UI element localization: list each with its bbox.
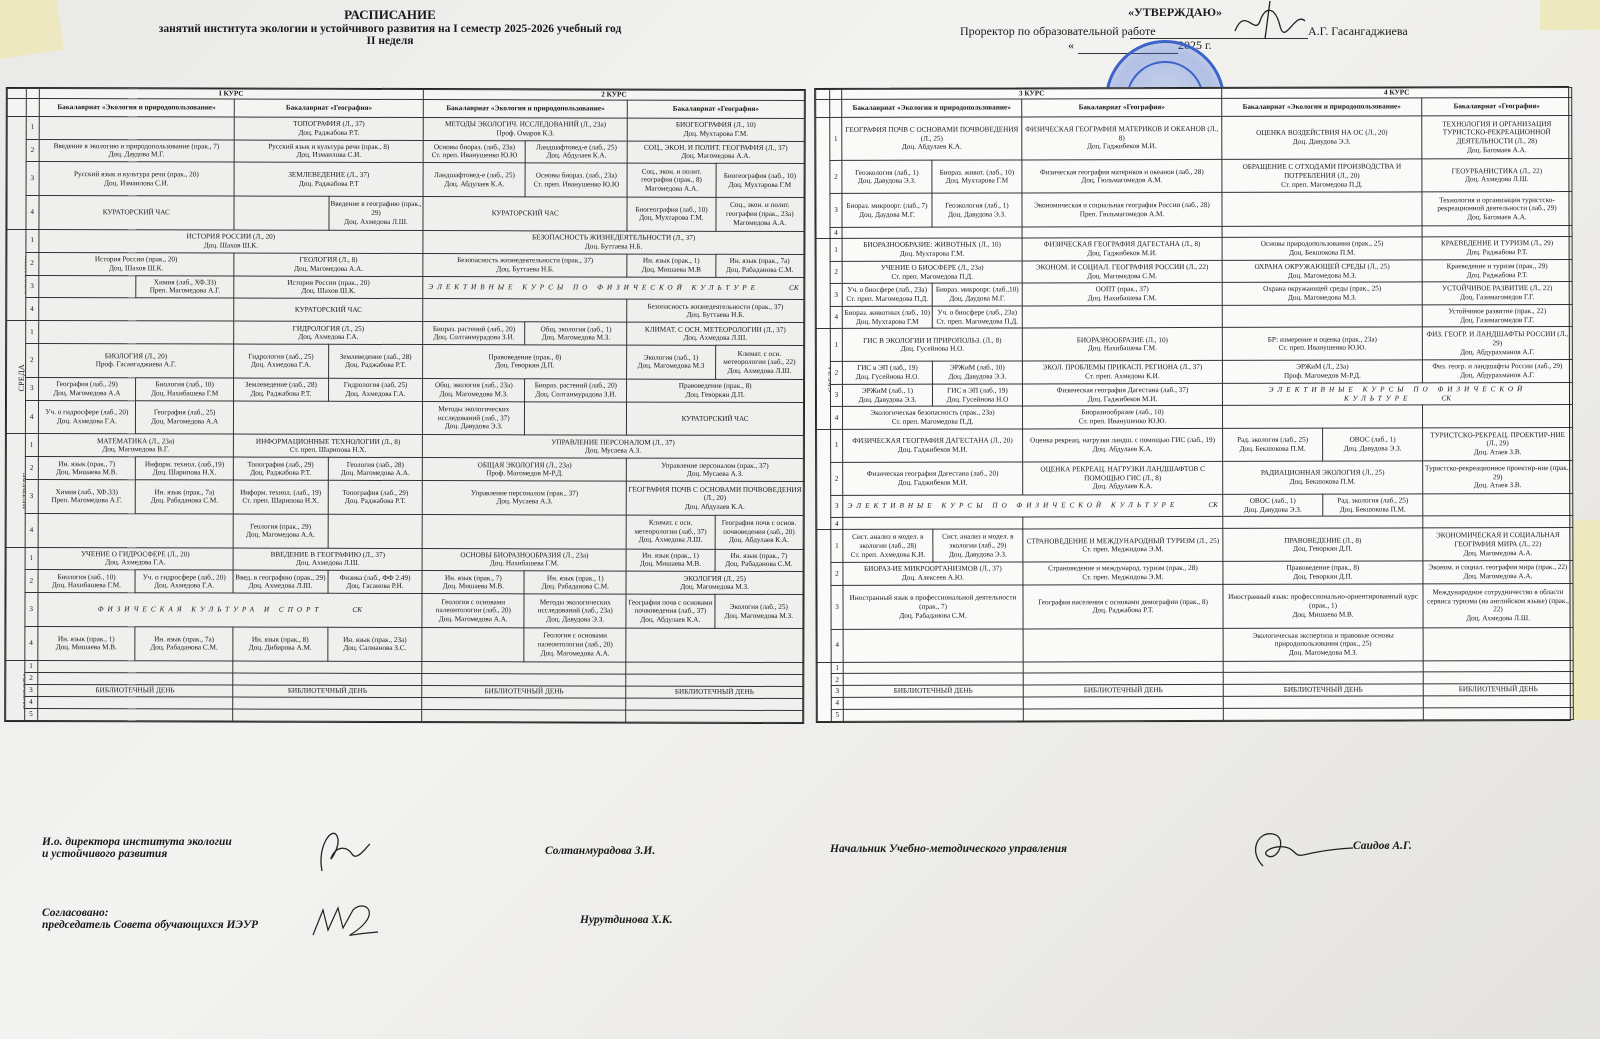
class-cell: ГИС В ЭКОЛОГИИ И ПРИРОПОЛЬЗ. (Л., 8)Доц.…	[842, 328, 1022, 362]
class-cell: Правоведение (прак., 8)Доц. Геворкян Д.П…	[1223, 561, 1423, 584]
class-cell: ФИЗИЧЕСКАЯ ГЕОГРАФИЯ ДАГЕСТАНА (Л., 20)Д…	[843, 429, 1023, 463]
class-cell: Ин. язык (прак., 7а)Доц. Рабаданова С.М.	[715, 254, 803, 277]
class-cell: ОЦЕНКА РЕКРЕАЦ. НАГРУЗКИ ЛАНДШАФТОВ С ПО…	[1023, 461, 1223, 495]
class-cell: Топография (лаб., 29)Доц. Раджабова Р.Т.	[233, 457, 328, 480]
class-cell: Рад. экология (лаб., 25)Доц. Бекшокова П…	[1323, 494, 1423, 517]
class-cell: ТОПОГРАФИЯ (Л., 37)Доц. Раджабова Р.Т.	[234, 117, 423, 140]
program-header: Бакалавриат «Экология и природопользован…	[1222, 98, 1422, 117]
class-cell: Биораз. растений (лаб., 20)Доц. Солтанму…	[423, 322, 525, 345]
approve-label: «УТВЕРЖДАЮ»	[1128, 5, 1222, 20]
class-cell: Топография (лаб., 29)Доц. Раджабова Р.Т.	[328, 480, 423, 514]
program-header: Бакалавриат «Экология и природопользован…	[424, 99, 628, 118]
schedule-table-right: 3 КУРС 4 КУРС Бакалавриат «Экология и пр…	[815, 87, 1574, 722]
day-saturday: СУББОТА	[817, 662, 831, 721]
curator-hour: КУРАТОРСКИЙ ЧАС	[423, 197, 627, 231]
curator-hour: КУРАТОРСКИЙ ЧАС	[38, 196, 234, 230]
document-title: РАСПИСАНИЕ занятий института экологии и …	[130, 7, 650, 47]
class-cell: Введ. в географию (прак., 29)Доц. Ахмедо…	[233, 570, 328, 593]
class-cell: Биораз. микроорг. (лаб., 7)Доц. Даудова …	[842, 194, 932, 227]
class-cell: Биораз. микроорг. (лаб.,10)Доц. Даудова …	[932, 283, 1022, 306]
class-cell: Экология (лаб., 25)Доц. Магомедова М.З.	[714, 595, 803, 629]
class-cell: География (лаб., 29)Доц. Магомедова А.А	[38, 377, 136, 400]
day-friday: ПЯТНИЦА	[6, 547, 25, 660]
program-header: Бакалавриат «Экология и природопользован…	[842, 99, 1022, 117]
program-header: Бакалавриат «География»	[628, 100, 805, 118]
subtitle: занятий института экологии и устойчивого…	[130, 23, 650, 35]
class-cell: География населения с основами демографи…	[1023, 584, 1223, 628]
class-cell: Технология и организация туристско-рекре…	[1422, 192, 1572, 225]
class-cell: ГЕОГРАФИЯ ПОЧВ С ОСНОВАМИ ПОЧВОВЕДЕНИЯ (…	[842, 117, 1022, 161]
class-cell: ОБЩАЯ ЭКОЛОГИЯ (Л., 23а)Проф. Магомедов …	[423, 458, 627, 481]
week-label: II неделя	[130, 35, 650, 47]
class-cell: История России (прак., 20)Доц. Шахов Ш.К…	[38, 252, 234, 275]
library-day: БИБЛИОТЕЧНЫЙ ДЕНЬ	[422, 685, 626, 698]
class-cell: География (лаб., 25)Доц. Магомедова А.А	[136, 400, 234, 434]
class-cell: Введение в экологию и природопользование…	[39, 139, 235, 162]
class-cell: МАТЕМАТИКА (Л., 23а)Доц. Магомедова В.Г.	[38, 434, 234, 457]
title: РАСПИСАНИЕ	[130, 7, 650, 23]
class-cell: УЧЕНИЕ О ГИДРОСФЕРЕ (Л., 20)Доц. Ахмедов…	[38, 547, 234, 570]
class-cell: Ин. язык (прак., 1)Доц. Рабаданова С.М.	[524, 571, 626, 594]
elective-pe: ЭЛЕКТИВНЫЕ КУРСЫ ПО ФИЗИЧЕСКОЙ КУЛЬТУРЕС…	[1222, 382, 1572, 405]
class-cell: ГИДРОЛОГИЯ (Л., 25)Доц. Ахмедова Г.А.	[234, 321, 423, 344]
class-cell: Страноведение и международ. туризм (прак…	[1023, 562, 1223, 585]
class-cell: Биогеография (лаб., 10)Доц. Мухтарова Г.…	[627, 197, 715, 231]
class-cell: Методы экологических исследований (лаб.,…	[524, 594, 626, 628]
class-cell: Туристско-рекреационное проектир-ние (пр…	[1423, 460, 1573, 493]
class-cell: Общ. экология (лаб., 23а)Доц. Магомедова…	[423, 378, 525, 401]
class-cell: География почв с основами почвоведения (…	[626, 594, 714, 628]
class-cell: Ин. язык (прак., 8)Доц. Дибирова А.М.	[233, 627, 328, 661]
tape	[0, 0, 64, 60]
day-tuesday: ВТОРНИК	[7, 229, 26, 321]
program-header: Бакалавриат «Экология и природопользован…	[39, 98, 235, 117]
class-cell: БИОРАЗНООБРАЗИЕ: ЖИВОТНЫХ (Л., 10)Доц. М…	[842, 238, 1022, 261]
class-cell: География почв с основ. почвоведения (ла…	[715, 515, 804, 549]
program-header: Бакалавриат «География»	[1022, 98, 1222, 117]
class-cell: Безопасность жизнедеятельности (прак., 3…	[627, 299, 804, 322]
umu-title: Начальник Учебно-методического управлени…	[830, 843, 1067, 855]
class-cell: ОХРАНА ОКРУЖАЮЩЕЙ СРЕДЫ (Л., 25)Доц. Маг…	[1222, 260, 1422, 283]
class-cell: ЭРЖиМ (лаб., 1)Доц. Давудова Э.З.	[842, 384, 932, 407]
class-cell: Экономическая и социальная география Рос…	[1022, 193, 1222, 227]
class-cell: Ин. язык (прак., 23а)Доц. Салманова З.С.	[328, 627, 423, 661]
umu-name: Саидов А.Г.	[1353, 840, 1412, 852]
class-cell: Экологическая экспертиза и правовые осно…	[1223, 627, 1423, 661]
class-cell: Соц., экон. и полит. география (прак., 8…	[627, 163, 715, 197]
day-monday: ПОНЕДЕЛЬНИК	[816, 117, 830, 239]
tape	[1572, 520, 1600, 720]
class-cell: Геология (лаб., 28)Доц. Магомедова А.А.	[328, 458, 423, 481]
day-saturday: СУББОТА	[6, 660, 25, 720]
class-cell: УЧЕНИЕ О БИОСФЕРЕ (Л., 23а)Ст. преп. Маг…	[842, 261, 1022, 284]
elective-pe: ЭЛЕКТИВНЫЕ КУРСЫ ПО ФИЗИЧЕСКОЙ КУЛЬТУРЕС…	[843, 494, 1223, 517]
class-cell: Уч. о биосфере (лаб., 23а)Ст. преп. Маго…	[842, 284, 932, 307]
class-cell: ОВОС (лаб., 1)Доц. Давудова Э.З.	[1223, 494, 1323, 517]
day-tuesday: ВТОРНИК	[816, 239, 830, 329]
class-cell: УПРАВЛЕНИЕ ПЕРСОНАЛОМ (Л., 37)Доц. Мусае…	[423, 435, 804, 459]
class-cell: ФИЗИЧЕСКАЯ ГЕОГРАФИЯ ДАГЕСТАНА (Л., 8)До…	[1022, 238, 1222, 261]
class-cell: Ин. язык (прак., 1)Доц. Мишаева М.В.	[37, 626, 135, 660]
class-cell: КЛИМАТ. С ОСН. МЕТЕОРОЛОГИИ (Л., 37)Доц.…	[627, 322, 804, 345]
class-cell: Иностранный язык в профессиональной деят…	[843, 585, 1023, 629]
class-cell: ОВОС (лаб., 1)Доц. Давудова Э.З.	[1323, 428, 1423, 461]
class-cell: ЭРЖиМ (лаб., 10)Доц. Давудова Э.З.	[932, 361, 1022, 384]
class-cell: Климат. с осн. метеорологии (лаб., 22)До…	[715, 345, 804, 379]
elective-pe: ЭЛЕКТИВНЫЕ КУРСЫ ПО ФИЗИЧЕСКОЙ КУЛЬТУРЕС…	[423, 276, 804, 300]
class-cell: Землеведение (лаб., 28)Доц. Раджабова Р.…	[234, 378, 329, 401]
class-cell: Соц., экон. и полит. география (прак., 2…	[716, 197, 805, 231]
class-cell: СОЦ., ЭКОН. И ПОЛИТ. ГЕОГРАФИЯ (Л., 37)Д…	[627, 141, 804, 164]
day-wednesday: СРЕДА	[816, 329, 830, 430]
library-day: БИБЛИОТЕЧНЫЙ ДЕНЬ	[1023, 685, 1223, 697]
class-cell: ГЕОГРАФИЯ ПОЧВ С ОСНОВАМИ ПОЧВОВЕДЕНИЯ (…	[626, 481, 803, 515]
library-day: БИБЛИОТЕЧНЫЙ ДЕНЬ	[843, 685, 1023, 697]
class-cell: ГЕОЛОГИЯ (Л., 8)Доц. Магомедова А.А.	[234, 253, 423, 276]
class-cell: ОЦЕНКА ВОЗДЕЙСТВИЯ НА ОС (Л., 20)Доц. Да…	[1222, 116, 1422, 160]
class-cell: ГИС в ЭП (лаб., 19)Доц. Гусейнова Н.О.	[842, 362, 932, 385]
class-cell: Биораз. живот. (лаб., 10)Доц. Мухтарова …	[932, 160, 1022, 193]
class-cell: СТРАНОВЕДЕНИЕ И МЕЖДУНАРОДНЫЙ ТУРИЗМ (Л.…	[1023, 529, 1223, 563]
curator-hour: КУРАТОРСКИЙ ЧАС	[234, 298, 423, 321]
class-cell: ЭКОНОМИЧЕСКАЯ И СОЦИАЛЬНАЯ ГЕОГРАФИЯ МИР…	[1423, 528, 1573, 561]
schedule-sheet-courses-3-4: 3 КУРС 4 КУРС Бакалавриат «Экология и пр…	[814, 86, 1571, 723]
class-cell: МЕТОДЫ ЭКОЛОГИЧ. ИССЛЕДОВАНИЙ (Л., 23а)П…	[424, 117, 628, 140]
class-cell: Управление персоналом (прак., 37)Доц. Му…	[627, 458, 804, 481]
schedule-sheet-courses-1-2: I КУРС 2 КУРС Бакалавриат «Экология и пр…	[4, 87, 806, 724]
council-title: Согласовано: председатель Совета обучающ…	[42, 907, 258, 931]
class-cell: Экологическая безопасность (прак., 23а)С…	[843, 406, 1023, 429]
class-cell: Оценка рекреац. нагрузки ландш. с помощь…	[1023, 428, 1223, 462]
class-cell: Ин. язык (прак., 7а)Доц. Рабаданова С.М.	[136, 480, 234, 514]
class-cell: ИСТОРИЯ РОССИИ (Л., 20)Доц. Шахов Ш.К.	[38, 229, 423, 253]
class-cell: Биоразнообразие (лаб., 10)Ст. преп. Иван…	[1023, 406, 1223, 429]
class-cell: Правоведение (прак., 8)Доц. Геворкян Д.П…	[627, 379, 804, 402]
class-cell: Сист. анализ и модел. в экологии (лаб., …	[933, 529, 1023, 562]
class-cell: Химия (лаб., ХФ.33)Преп. Магомедова А.Г.	[136, 275, 234, 298]
class-cell: Общ. экология (лаб., 1)Доц. Магомедова М…	[525, 322, 627, 345]
class-cell: Физическая география Дагестана (лаб., 37…	[1022, 383, 1222, 406]
class-cell	[39, 116, 235, 139]
class-cell: Биогеография (лаб., 10)Доц. Мухтарова Г.…	[716, 164, 805, 198]
class-cell: История России (прак., 20)Доц. Шахов Ш.К…	[234, 276, 423, 299]
class-cell: ФИЗ. ГЕОГР. И ЛАНДШАФТЫ РОССИИ (Л., 29)Д…	[1422, 327, 1572, 360]
class-cell: Методы экологических исследований (лаб.,…	[423, 401, 525, 435]
class-cell: БИОРАЗ-ИЕ МИКРООРГАНИЗМОВ (Л., 37)Доц. А…	[843, 562, 1023, 585]
class-cell: Безопасность жизнедеятельности (прак., 3…	[423, 253, 627, 276]
class-cell: Климат. с осн. метеорологии (лаб., 37)До…	[626, 515, 714, 549]
class-cell: Экология (лаб., 1)Доц. Магомедова М.З	[627, 345, 715, 379]
class-cell: Правоведение (прак., 8)Доц. Геворкян Д.П…	[423, 345, 627, 379]
class-cell: Иностранный язык: профессионально-ориент…	[1223, 584, 1423, 628]
class-cell: Краеведение и туризм (прак., 29)Доц. Рад…	[1422, 259, 1572, 282]
class-cell: Основы биораз. (лаб., 23а)Ст. преп. Иван…	[525, 163, 627, 197]
class-cell: Геология с основами палеонтологии (лаб.,…	[524, 628, 626, 662]
class-cell: ЭРЖиМ (Л., 23а)Проф. Магомедов М-Р.Д.	[1222, 360, 1422, 383]
class-cell: Биораз. животных (лаб., 10)Доц. Мухтаров…	[842, 306, 932, 329]
class-cell: Геоэкология (лаб., 1)Доц. Давудова Э.З.	[932, 193, 1022, 226]
class-cell: Ин. язык (прак., 7а)Доц. Рабаданова С.М.	[135, 627, 233, 661]
class-cell: Гидрология (лаб, 25)Доц. Ахмедова Г.А.	[328, 378, 423, 401]
class-cell: Информ. технол. (лаб.,19)Доц. Шарипова Н…	[136, 457, 234, 480]
class-cell: Физ. геогр. и ландшафты России (лаб., 29…	[1422, 360, 1572, 383]
date-open-quote: «	[1068, 38, 1074, 53]
class-cell: Биология (лаб., 10)Доц. Нахибашева Г.М	[136, 378, 234, 401]
class-cell: Ландшафтовед-е (лаб., 25)Доц. Абдулаев К…	[525, 140, 627, 163]
class-cell: Эконом. и социал. география мира (прак.,…	[1423, 561, 1573, 584]
library-day: БИБЛИОТЕЧНЫЙ ДЕНЬ	[1423, 684, 1573, 696]
library-day: БИБЛИОТЕЧНЫЙ ДЕНЬ	[37, 684, 233, 697]
class-cell: Русский язык и культура речи (прак., 20)…	[39, 162, 235, 196]
class-cell: Международное сотрудничество в области с…	[1423, 583, 1573, 627]
class-cell: Уч. о гидросфере (лаб., 20)Доц. Ахмедова…	[38, 400, 136, 434]
class-cell: ЭКОЛ. ПРОБЛЕМЫ ПРИКАСП. РЕГИОНА (Л., 37)…	[1022, 361, 1222, 384]
day-thursday: ЧЕТВЕРГ	[817, 429, 831, 530]
class-cell: ТЕХНОЛОГИЯ И ОРГАНИЗАЦИЯ ТУРИСТСКО-РЕКРЕ…	[1422, 115, 1572, 159]
class-cell: Ландшафтовед-е (лаб., 25)Доц. Абдулаев К…	[423, 163, 525, 197]
class-cell: БИОГЕОГРАФИЯ (Л., 10)Доц. Мухтарова Г.М.	[627, 118, 804, 141]
schedule-table-left: I КУРС 2 КУРС Бакалавриат «Экология и пр…	[5, 88, 805, 723]
class-cell: ОБРАЩЕНИЕ С ОТХОДАМИ ПРОИЗВОДСТВА И ПОТР…	[1222, 159, 1422, 193]
class-cell: Геоэкология (лаб., 1)Доц. Давудова Э.З.	[842, 161, 932, 194]
class-cell: ТУРИСТСКО-РЕКРЕАЦ. ПРОЕКТИР-НИЕ (Л., 29)…	[1423, 427, 1573, 460]
class-cell: ЭКОЛОГИЯ (Л., 25)Доц. Магомедова М.З.	[626, 571, 803, 594]
class-cell: Уч. о биосфере (лаб., 23а)Ст. преп. Маго…	[932, 306, 1022, 329]
class-cell: Физическая география Дагестана (лаб., 20…	[843, 462, 1023, 496]
class-cell: Охрана окружающей среды (прак., 25)Доц. …	[1222, 282, 1422, 305]
class-cell: ГЕОУРБАНИСТИКА (Л., 22)Доц. Ахмедова Л.Ш…	[1422, 159, 1572, 192]
class-cell: ЭКОНОМ. И СОЦИАЛ. ГЕОГРАФИЯ РОССИИ (Л., …	[1022, 260, 1222, 283]
day-friday: ПЯТНИЦА	[817, 530, 831, 662]
class-cell: БИОРАЗНООБРАЗИЕ (Л., 10)Доц. Нахибашева …	[1022, 328, 1222, 362]
class-cell: ООПТ (прак., 37)Доц. Нахибашева Г.М.	[1022, 283, 1222, 306]
director-title: И.о. директора института экологии и усто…	[42, 836, 232, 860]
class-cell: Ин. язык (прак., 1)Доц. Мишаева М.В	[627, 254, 715, 277]
class-cell: КРАЕВЕДЕНИЕ И ТУРИЗМ (Л., 29)Доц. Раджаб…	[1422, 237, 1572, 260]
class-cell: Основы биораз. (лаб., 23а)Ст. преп. Иван…	[423, 140, 525, 163]
class-cell: Ин. язык (прак., 7)Доц. Рабаданова С.М.	[715, 549, 803, 572]
class-cell: Рад. экология (лаб., 25)Доц. Бекшокова П…	[1223, 428, 1323, 461]
class-cell: Введение в географию (прак., 29)Доц. Ахм…	[329, 196, 424, 230]
class-cell: Ин. язык (прак., 1)Доц. Мишаева М.В.	[626, 549, 714, 572]
library-day: БИБЛИОТЕЧНЫЙ ДЕНЬ	[1223, 684, 1423, 696]
class-cell: Русский язык и культура речи (прак., 8)Д…	[234, 140, 423, 163]
class-cell: Ин. язык (прак., 7)Доц. Мишаева М.В.	[422, 571, 524, 594]
tape	[1540, 0, 1600, 30]
program-header: Бакалавриат «География»	[234, 99, 423, 117]
class-cell: ИНФОРМАЦИОННЫЕ ТЕХНОЛОГИИ (Л., 8)Ст. пре…	[233, 434, 422, 457]
class-cell: РАДИАЦИОННАЯ ЭКОЛОГИЯ (Л., 25)Доц. Бекшо…	[1223, 461, 1423, 495]
day-thursday: ЧЕТВЕРГ	[6, 434, 25, 547]
day-monday: ПОНЕДЕЛЬНИК	[7, 116, 26, 229]
class-cell: ЗЕМЛЕВЕДЕНИЕ (Л., 37)Доц. Раджабова Р.Т	[234, 162, 423, 196]
approver-position: Проректор по образовательной работе	[960, 24, 1156, 39]
class-cell: БЕЗОПАСНОСТЬ ЖИЗНЕДЕЯТЕЛЬНОСТИ (Л., 37)Д…	[423, 230, 804, 254]
class-cell: Землеведение (лаб., 28)Доц. Раджабова Р.…	[328, 344, 423, 378]
approver-name: А.Г. Гасангаджиева	[1308, 24, 1408, 39]
class-cell: Сист. анализ и модел. в экологии (лаб., …	[843, 529, 933, 562]
class-cell: Геология (прак., 29)Доц. Магомедова А.А.	[233, 514, 328, 548]
class-cell: ВВЕДЕНИЕ В ГЕОГРАФИЮ (Л., 37)Доц. Ахмедо…	[233, 548, 422, 571]
class-cell: Управление персоналом (прак., 37)Доц. Му…	[423, 481, 627, 515]
class-cell: ОСНОВЫ БИОРАЗНООБРАЗИЯ (Л., 23а)Доц. Нах…	[422, 548, 626, 571]
class-cell: Ин. язык (прак., 7)Доц. Мишаева М.В.	[38, 457, 136, 480]
program-header: Бакалавриат «География»	[1422, 97, 1572, 115]
class-cell: Гидрология (лаб., 25)Доц. Ахмедова Г.А.	[234, 344, 329, 378]
director-name: Солтанмурадова З.И.	[545, 845, 655, 857]
class-cell: БР: измерение и оценка (прак., 23а)Ст. п…	[1222, 327, 1422, 361]
signature-icon	[308, 900, 383, 940]
signature-icon	[1248, 826, 1358, 871]
pe-sport: ФИЗИЧЕСКАЯ КУЛЬТУРА И СПОРТСК	[37, 593, 422, 628]
class-cell: БИОЛОГИЯ (Л., 20)Проф. Гасангаджиева А.Г…	[38, 344, 234, 378]
class-cell: ФИЗИЧЕСКАЯ ГЕОГРАФИЯ МАТЕРИКОВ И ОКЕАНОВ…	[1022, 116, 1222, 160]
class-cell: Геология с основами палеонтологии (лаб.,…	[422, 594, 524, 628]
class-cell: Устойчивое развитие (прак., 22)Доц. Гази…	[1422, 304, 1572, 327]
library-day: БИБЛИОТЕЧНЫЙ ДЕНЬ	[233, 685, 422, 698]
class-cell: УСТОЙЧИВОЕ РАЗВИТИЕ (Л., 22)Доц. Газимаг…	[1422, 282, 1572, 305]
class-cell: Биология (лаб., 10)Доц. Нахибашева Г.М.	[38, 570, 136, 593]
class-cell: Химия (лаб., ХФ.33)Преп. Магомедова А.Г.	[38, 480, 136, 514]
class-cell: ПРАВОВЕДЕНИЕ (Л., 8)Доц. Геворкян Д.П.	[1223, 528, 1423, 562]
class-cell: Физическая география материков и океанов…	[1022, 160, 1222, 194]
signature-icon	[1230, 1, 1310, 41]
council-name: Нурутдинова Х.К.	[580, 914, 673, 926]
class-cell: Основы природопользования (прак., 25)Доц…	[1222, 237, 1422, 260]
class-cell: ГИС в ЭП (лаб., 19)Доц. Гусейнова Н.О	[932, 384, 1022, 407]
class-cell: Биораз. растений (лаб., 20)Доц. Солтанму…	[525, 379, 627, 402]
signature-icon	[312, 826, 372, 876]
class-cell: Информ. технол. (лаб., 19)Ст. преп. Шари…	[233, 480, 328, 514]
class-cell: Уч. о гидросфере (лаб., 20)Доц. Ахмедова…	[135, 570, 233, 593]
class-cell: Физика (лаб., ФФ 2.49)Доц. Гасанова Р.Н.	[328, 571, 423, 594]
day-wednesday: СРЕДА	[6, 321, 25, 434]
library-day: БИБЛИОТЕЧНЫЙ ДЕНЬ	[626, 686, 803, 699]
curator-hour: КУРАТОРСКИЙ ЧАС	[627, 402, 804, 436]
